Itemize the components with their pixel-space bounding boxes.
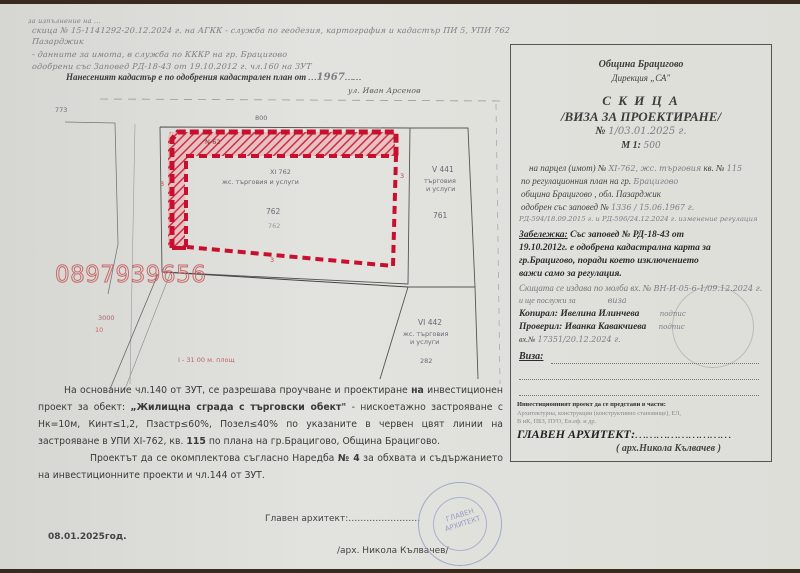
fee-label: вх.№ [519,335,536,344]
lower-parcel-use-2: и услуги [410,338,439,346]
watermark-phone: 0897939656 [55,262,206,288]
footer-chief-label: Главен архитект: [265,514,348,524]
note-text-4: важи само за регулация. [519,269,622,279]
permit-text: На основание чл.140 от ЗУТ, се разрешава… [38,382,503,484]
copied-label: Копирал: [519,309,558,319]
visa-line-3 [519,395,759,396]
right-parcel-use-1: търговия [424,177,456,185]
reg-plan-label: по регулационния план на гр. [521,176,631,186]
parcel-value: XI-762, жс. търговия [609,164,702,173]
document-subtitle: /ВИЗА ЗА ПРОЕКТИРАНЕ/ [511,109,771,125]
document-date: 08.01.2025год. [48,532,127,542]
quarter-value: 115 [727,164,742,173]
directorate-name: Дирекция „СА" [511,73,771,83]
invest-parts-1: Архитектурна, конструкции (конструктивно… [517,410,681,417]
visa-box: Община Брацигово Дирекция „СА" С К И Ц А… [510,44,772,462]
lower-parcel-number: 282 [420,357,432,365]
footer-chief-line: Главен архитект:…………………… [265,514,420,524]
invest-label: Инвестиционният проект да се представи в… [517,401,666,408]
plan-label-road: 800 [255,114,267,122]
invest-parts-2: В иК, ПБЗ, ПУО, Ен.еф. и др. [517,418,596,425]
dim-right: 3 [400,172,404,180]
plan-bottom-note: I - 31 00 м. площ [178,356,235,364]
para1-part-a: На основание чл.140 от ЗУТ, се разрешава… [64,385,408,396]
lower-parcel-use-1: жс. търговия [403,330,448,338]
quarter-number: 115 [186,436,205,447]
note-text-1: Със заповед № РД-18-43 от [570,230,684,240]
serve-label: и ще послужи за [519,296,576,305]
municipality-name: Община Брацигово [511,59,771,70]
document-title: С К И Ц А [511,93,771,109]
visa-label: Виза: [519,351,543,362]
plan-label-marker: N-62 [205,138,220,146]
approved-value: 1336 / 15.06.1967 г. [611,203,694,212]
chief-architect-name: ( арх.Никола Кълвачев ) [616,443,721,454]
right-parcel-number: 761 [433,212,447,220]
fee-value: 17351/20.12.2024 г. [538,335,621,344]
ordinance-number: № 4 [338,453,360,464]
serve-value: виза [608,296,627,305]
approved-label: одобрен със заповед № [521,202,609,212]
number-value: 1/03.01.2025 г. [608,126,686,137]
dim-bottom: 3 [270,256,274,264]
para2-part-a: Проектът да се окомплектова съгласно Нар… [90,453,334,464]
issued-label: Скицата се издава по молба вх. № [519,283,651,293]
quarter-label: кв. № [703,163,724,173]
parcel-label: на парцел (имот) № [529,163,606,173]
municipality-line: община Брацигово , обл. Пазарджик [521,189,661,199]
main-parcel-sub: 762 [268,222,280,230]
object-name: „Жилищна сграда с търговски обект" [130,402,346,413]
visa-line-2 [519,379,759,380]
main-parcel-use: жс. търговия и услуги [222,178,299,186]
checked-label: Проверил: [519,322,562,332]
lower-parcel-upi: VI 442 [418,319,442,327]
main-parcel-upi: XI 762 [270,168,291,176]
left-strip-number-1: 3000 [98,314,115,322]
left-strip-number-2: 10 [95,326,103,334]
para1-part-b: на [411,385,424,396]
reg-plan-value: Брацигово [633,177,678,186]
dim-left: 3 [160,180,164,188]
para1-part-e: по плана на гр.Брацигово, Община Брациго… [209,436,440,447]
faded-stamp [672,286,754,368]
right-parcel-upi: V 441 [432,166,454,174]
official-stamp: ГЛАВЕН АРХИТЕКТ [418,482,502,566]
note-text-2: 19.10.2012г. е одобрена кадастрална карт… [519,243,711,253]
scale-label: М 1: [621,140,641,151]
chief-architect-label: ГЛАВЕН АРХИТЕКТ: [517,427,635,441]
note-label: Забележка: [519,230,568,240]
right-parcel-use-2: и услуги [426,185,455,193]
amendment-line: РД-594/18.09.2015 г. и РД-596/24.12.2024… [519,215,758,223]
number-label: № [595,125,605,137]
main-parcel-number: 762 [266,208,280,216]
note-text-3: гр.Брацигово, поради което изключението [519,256,699,266]
checked-name: Иванка Кавакчиева [565,322,647,332]
scale-value: 500 [644,141,661,151]
copied-name: Ивелина Илинчева [560,309,639,319]
plan-label-top-left: 773 [55,106,67,114]
document-page: за изпълнение на ... скица № 15-1141292-… [0,4,800,569]
